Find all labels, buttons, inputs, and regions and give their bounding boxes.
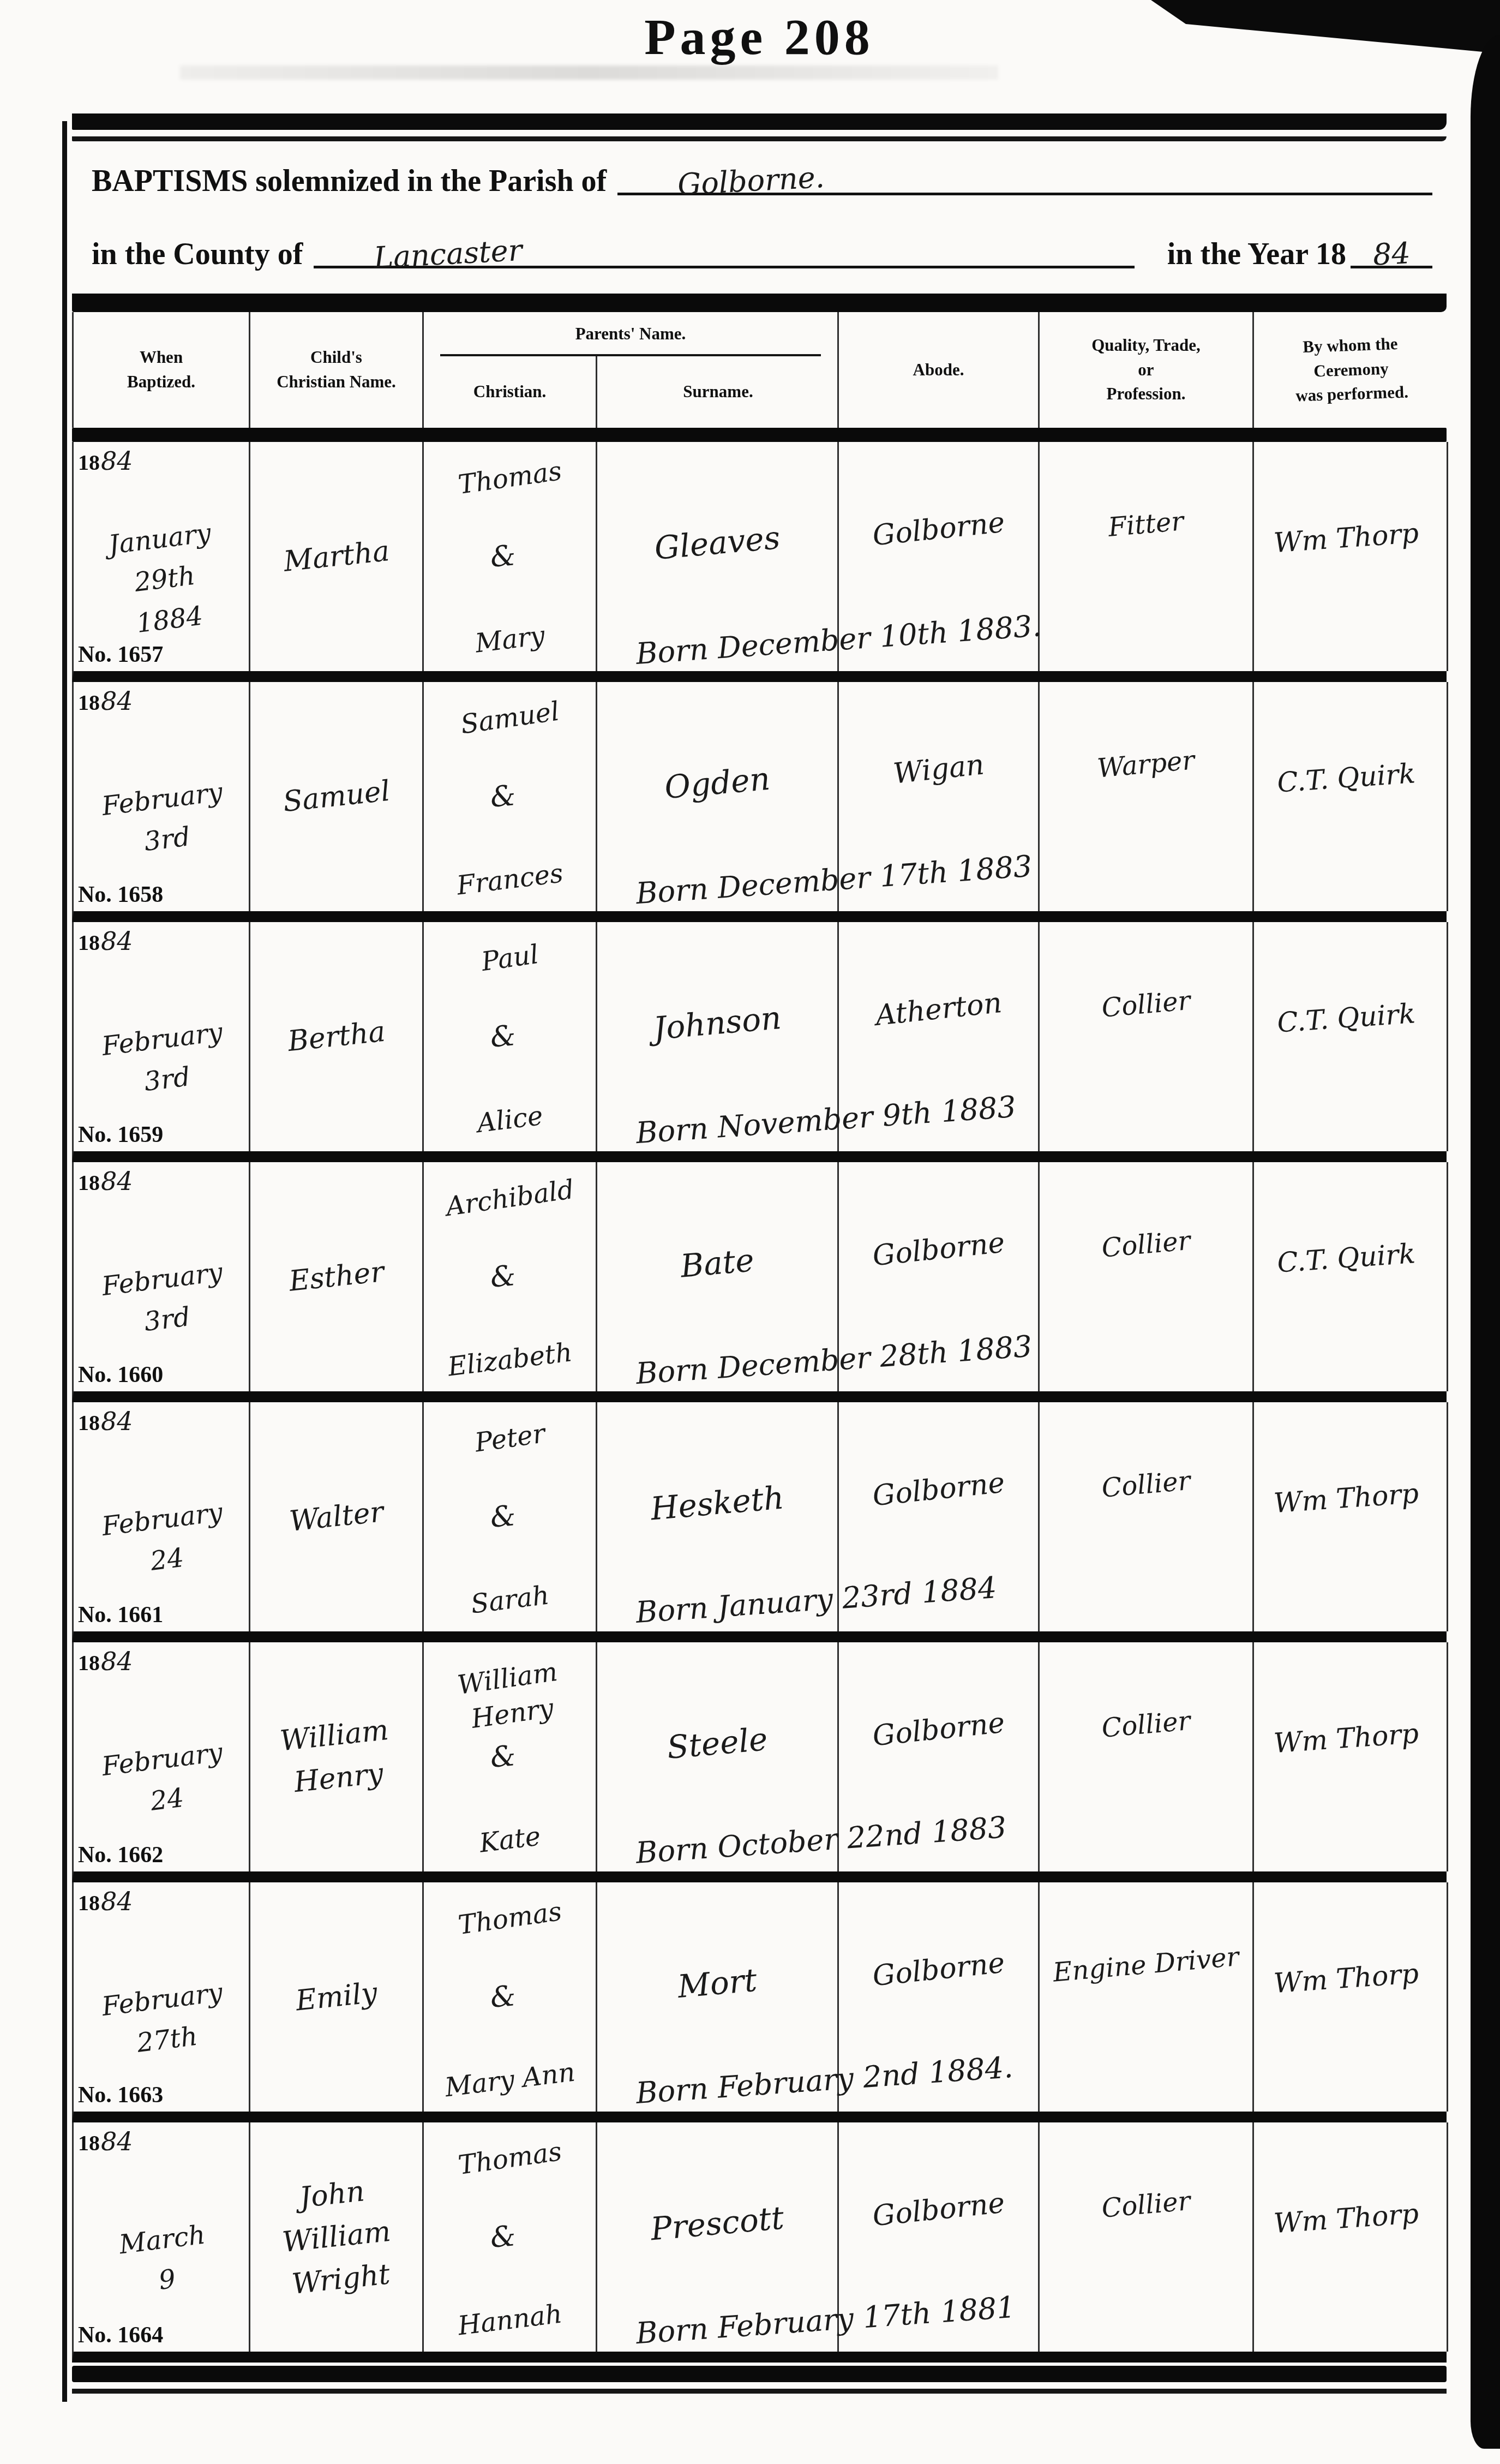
abode: Golborne (871, 1946, 1006, 1993)
parents-christian-cell: William Henry & Kate (424, 1642, 597, 1871)
abode: Golborne (871, 1226, 1006, 1272)
form-title-line1-text: BAPTISMS solemnized in the Parish of (92, 164, 607, 199)
page-number-heading: Page 208 (72, 8, 1447, 67)
child-name: Samuel (231, 764, 441, 828)
row-year-hand: 84 (101, 1647, 133, 1676)
record-number: No. 1664 (78, 2322, 163, 2348)
parents-christian-cell: Thomas & Hannah (424, 2122, 597, 2352)
register-form-frame: BAPTISMS solemnized in the Parish of Gol… (72, 113, 1447, 2400)
row-year-printed: 18 (78, 450, 100, 475)
frame-top-rule-thin (72, 136, 1447, 141)
ampersand: & (489, 539, 517, 574)
row-year-hand: 84 (101, 1167, 133, 1196)
officiant: Wm Thorp (1273, 2198, 1420, 2239)
abode: Golborne (871, 1466, 1006, 1512)
parents-surname: Ogden (663, 759, 772, 806)
frame-top-rule (72, 113, 1447, 130)
quality-cell: Collier (1040, 1162, 1254, 1391)
when-baptized-cell: 1884 February 3rd No. 1658 (74, 682, 250, 911)
child-name-cell: Emily (250, 1882, 424, 2112)
table-row: 1884 February 24 No. 1661 Walter Peter &… (72, 1402, 1447, 1642)
record-number: No. 1660 (78, 1362, 163, 1388)
row-year-printed: 18 (78, 1170, 100, 1195)
parish-blank: Golborne. (617, 164, 1432, 195)
col-header-parents-title: Parents' Name. (424, 312, 837, 346)
by-whom-cell: Wm Thorp (1254, 2122, 1448, 2352)
officiant: Wm Thorp (1273, 517, 1420, 559)
row-year: 1884 (78, 1647, 133, 1676)
quality-cell: Collier (1040, 1642, 1254, 1871)
col-header-when: When Baptized. (74, 312, 250, 428)
when-baptized-cell: 1884 February 27th No. 1663 (74, 1882, 250, 2112)
by-whom-cell: C.T. Quirk (1254, 1162, 1448, 1391)
when-baptized-cell: 1884 March 9 No. 1664 (74, 2122, 250, 2352)
record-number: No. 1662 (78, 1842, 163, 1868)
record-rows: 1884 January 29th 1884 No. 1657 Martha T… (72, 442, 1447, 2363)
record-number: No. 1659 (78, 1122, 163, 1148)
year-handwritten: 84 (1372, 236, 1411, 272)
row-year-printed: 18 (78, 930, 100, 955)
by-whom-cell: Wm Thorp (1254, 1882, 1448, 2112)
father-name: Peter (405, 1407, 614, 1470)
row-year-printed: 18 (78, 1650, 100, 1675)
header-top-rule (72, 294, 1447, 312)
father-name: Thomas (405, 2127, 614, 2191)
mother-name: Kate (477, 1821, 542, 1858)
mother-name: Alice (475, 1101, 544, 1139)
row-year: 1884 (78, 686, 133, 716)
form-title-line2: in the County of Lancaster in the Year 1… (92, 237, 1432, 272)
parents-christian-cell: Samuel & Frances (424, 682, 597, 911)
when-baptized-cell: 1884 February 3rd No. 1660 (74, 1162, 250, 1391)
row-year-printed: 18 (78, 690, 100, 715)
child-name: Emily (231, 1965, 441, 2029)
ampersand: & (489, 779, 517, 814)
table-row: 1884 February 3rd No. 1659 Bertha Paul &… (72, 922, 1447, 1162)
record-number: No. 1663 (78, 2082, 163, 2108)
child-name: Martha (231, 524, 441, 588)
row-year-hand: 84 (101, 686, 133, 716)
row-year: 1884 (78, 1167, 133, 1196)
father-name: Paul (405, 926, 614, 990)
quality-trade: Collier (1100, 2186, 1191, 2224)
row-year-hand: 84 (101, 1407, 133, 1436)
col-header-by-whom: By whom the Ceremony was performed. (1252, 309, 1450, 431)
mother-name: Frances (455, 858, 565, 901)
mother-name: Sarah (469, 1580, 551, 1619)
table-row: 1884 February 27th No. 1663 Emily Thomas… (72, 1882, 1447, 2122)
record-number: No. 1661 (78, 1602, 163, 1628)
parents-christian-cell: Peter & Sarah (424, 1402, 597, 1631)
ampersand: & (489, 1979, 517, 2014)
col-header-parents-group: Parents' Name. Christian. Surname. (424, 312, 839, 428)
child-name-cell: Samuel (250, 682, 424, 911)
by-whom-cell: C.T. Quirk (1254, 922, 1448, 1151)
parents-surname: Bate (679, 1241, 755, 1284)
quality-trade: Collier (1100, 1706, 1191, 1744)
child-name-cell: William Henry (250, 1642, 424, 1871)
table-row: 1884 February 3rd No. 1658 Samuel Samuel… (72, 682, 1447, 922)
row-year: 1884 (78, 926, 133, 956)
parents-surname: Hesketh (649, 1479, 785, 1527)
quality-cell: Collier (1040, 1402, 1254, 1631)
parents-surname: Steele (665, 1720, 769, 1766)
col-header-abode: Abode. (839, 312, 1040, 428)
quality-trade: Collier (1100, 1466, 1191, 1504)
form-title-line1: BAPTISMS solemnized in the Parish of Gol… (92, 164, 1432, 199)
record-number: No. 1658 (78, 882, 163, 908)
when-baptized-cell: 1884 February 24 No. 1662 (74, 1642, 250, 1871)
child-name: Walter (231, 1485, 441, 1548)
father-name: Samuel (405, 686, 614, 750)
father-name: Thomas (405, 446, 614, 510)
col-header-parents-surname: Surname. (597, 356, 839, 428)
row-year-hand: 84 (101, 2127, 133, 2156)
register-page-scan: Page 208 BAPTISMS solemnized in the Pari… (0, 0, 1500, 2464)
parents-subheaders: Christian. Surname. (424, 356, 837, 428)
row-year: 1884 (78, 2127, 133, 2156)
abode: Golborne (871, 506, 1006, 552)
officiant: Wm Thorp (1273, 1958, 1420, 1999)
by-whom-cell: C.T. Quirk (1254, 682, 1448, 911)
quality-cell: Collier (1040, 2122, 1254, 2352)
officiant: C.T. Quirk (1276, 758, 1417, 799)
mother-name: Mary (473, 620, 547, 659)
quality-trade: Fitter (1107, 506, 1185, 543)
row-year: 1884 (78, 1407, 133, 1436)
table-row: 1884 February 3rd No. 1660 Esther Archib… (72, 1162, 1447, 1402)
quality-trade: Collier (1100, 985, 1191, 1024)
county-name-handwritten: Lancaster (373, 233, 523, 275)
scan-smudge-artifact (180, 65, 998, 80)
ampersand: & (489, 1019, 517, 1054)
book-edge-artifact (1471, 35, 1500, 2449)
abode: Atherton (874, 986, 1003, 1032)
col-header-quality: Quality, Trade, or Profession. (1040, 312, 1254, 428)
father-name: Thomas (405, 1887, 614, 1951)
ampersand: & (489, 2220, 517, 2254)
by-whom-cell: Wm Thorp (1254, 442, 1448, 671)
year-prefix-text: in the Year 18 (1167, 237, 1346, 272)
when-baptized-cell: 1884 February 24 No. 1661 (74, 1402, 250, 1631)
parents-christian-cell: Thomas & Mary Ann (424, 1882, 597, 2112)
county-blank: Lancaster (314, 237, 1134, 268)
form-title-line2-text: in the County of (92, 237, 303, 272)
quality-cell: Warper (1040, 682, 1254, 911)
parents-surname: Mort (676, 1961, 759, 2005)
row-year-printed: 18 (78, 1410, 100, 1435)
col-header-parents-christian: Christian. (424, 356, 597, 428)
officiant: Wm Thorp (1273, 1718, 1420, 1759)
officiant: Wm Thorp (1273, 1478, 1420, 1519)
abode: Golborne (871, 2186, 1006, 2233)
row-year-printed: 18 (78, 2131, 100, 2155)
when-baptized-cell: 1884 February 3rd No. 1659 (74, 922, 250, 1151)
parents-christian-cell: Archibald & Elizabeth (424, 1162, 597, 1391)
ampersand: & (489, 1499, 517, 1534)
father-name: William Henry (403, 1647, 616, 1745)
table-row: 1884 February 24 No. 1662 William Henry … (72, 1642, 1447, 1882)
parish-name-handwritten: Golborne. (677, 160, 826, 202)
by-whom-cell: Wm Thorp (1254, 1642, 1448, 1871)
parents-surname: Gleaves (653, 519, 782, 567)
parents-surname: Prescott (649, 2199, 785, 2247)
frame-bottom-rule-thin (72, 2389, 1447, 2394)
row-year-hand: 84 (101, 1887, 133, 1916)
ampersand: & (489, 1259, 517, 1294)
parents-christian-cell: Thomas & Mary (424, 442, 597, 671)
mother-name: Elizabeth (446, 1337, 573, 1382)
col-header-child: Child's Christian Name. (250, 312, 424, 428)
child-name: Bertha (231, 1004, 441, 1068)
child-name-cell: Bertha (250, 922, 424, 1151)
record-number: No. 1657 (78, 642, 163, 668)
quality-cell: Collier (1040, 922, 1254, 1151)
parents-christian-cell: Paul & Alice (424, 922, 597, 1151)
table-row: 1884 March 9 No. 1664 John William Wrigh… (72, 2122, 1447, 2363)
abode: Wigan (891, 748, 985, 790)
column-header-row: When Baptized. Child's Christian Name. P… (72, 312, 1447, 428)
row-year-printed: 18 (78, 1891, 100, 1915)
quality-trade: Engine Driver (1052, 1941, 1240, 1988)
mother-name: Hannah (456, 2299, 563, 2342)
row-year: 1884 (78, 1887, 133, 1916)
parents-surname: Johnson (652, 999, 783, 1047)
when-baptized-cell: 1884 January 29th 1884 No. 1657 (74, 442, 250, 671)
child-name: Esther (231, 1245, 441, 1308)
father-name: Archibald (405, 1167, 614, 1230)
ampersand: & (489, 1739, 517, 1774)
year-blank: 84 (1351, 237, 1432, 268)
officiant: C.T. Quirk (1276, 998, 1417, 1039)
row-year: 1884 (78, 446, 133, 476)
child-name-cell: Esther (250, 1162, 424, 1391)
child-name-cell: John William Wright (250, 2122, 424, 2352)
header-bottom-rule (72, 428, 1447, 442)
row-year-hand: 84 (101, 446, 133, 476)
officiant: C.T. Quirk (1276, 1238, 1417, 1279)
quality-cell: Engine Driver (1040, 1882, 1254, 2112)
by-whom-cell: Wm Thorp (1254, 1402, 1448, 1631)
table-row: 1884 January 29th 1884 No. 1657 Martha T… (72, 442, 1447, 682)
quality-cell: Fitter (1040, 442, 1254, 671)
quality-trade: Collier (1100, 1225, 1191, 1264)
child-name-cell: Walter (250, 1402, 424, 1631)
child-name-cell: Martha (250, 442, 424, 671)
mother-name: Mary Ann (443, 2057, 577, 2103)
row-year-hand: 84 (101, 926, 133, 956)
abode: Golborne (871, 1706, 1006, 1753)
quality-trade: Warper (1096, 745, 1196, 784)
frame-bottom-rule (72, 2366, 1447, 2382)
